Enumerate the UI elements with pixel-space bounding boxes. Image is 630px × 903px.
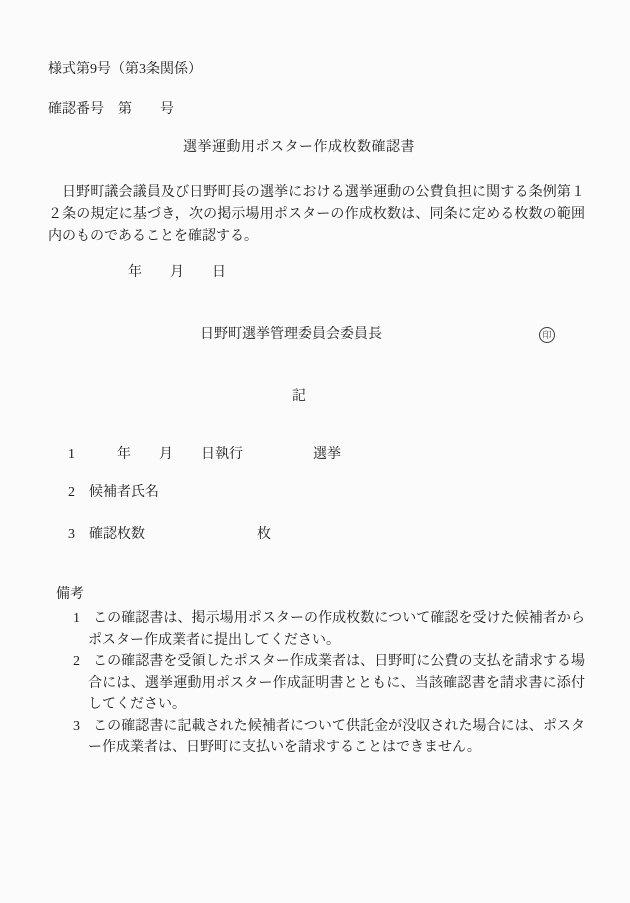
remarks-note: 2この確認書を受領したポスター作成業者は、日野町に公費の支払を請求する場合には、… — [48, 651, 585, 716]
date-line: 年 月 日 — [128, 263, 585, 283]
issuer-row: 日野町選挙管理委員会委員長 印 — [48, 325, 585, 345]
remarks-note: 3この確認書に記載された候補者について供託金が没収された場合には、ポスター作成業… — [48, 716, 585, 759]
remarks-note-text: この確認書は、掲示場用ポスターの作成枚数について確認を受けた候補者からポスター作… — [88, 611, 585, 648]
remarks-note-number: 3 — [73, 719, 80, 734]
remarks-note-text: この確認書に記載された候補者について供託金が没収された場合には、ポスター作成業者… — [88, 719, 585, 756]
remarks-list: 1この確認書は、掲示場用ポスターの作成枚数について確認を受けた候補者からポスター… — [48, 608, 585, 759]
form-number: 様式第9号（第3条関係） — [48, 60, 585, 80]
form-item-confirmed-count: 3 確認枚数 枚 — [68, 525, 585, 545]
remarks-note-text: この確認書を受領したポスター作成業者は、日野町に公費の支払を請求する場合には、選… — [88, 654, 585, 712]
issuer-title: 日野町選挙管理委員会委員長 — [200, 325, 382, 345]
remarks-note-number: 1 — [73, 611, 80, 626]
form-item-candidate-name: 2 候補者氏名 — [68, 483, 585, 503]
form-item-election-date: 1 年 月 日執行 選挙 — [68, 445, 585, 465]
document-page: 様式第9号（第3条関係） 確認番号 第 号 選挙運動用ポスター作成枚数確認書 日… — [0, 0, 630, 903]
document-title: 選挙運動用ポスター作成枚数確認書 — [48, 138, 550, 158]
record-marker: 記 — [48, 387, 550, 407]
remarks-note: 1この確認書は、掲示場用ポスターの作成枚数について確認を受けた候補者からポスター… — [48, 608, 585, 651]
body-paragraph: 日野町議会議員及び日野町長の選挙における選挙運動の公費負担に関する条例第１２条の… — [48, 182, 585, 248]
seal-mark-icon: 印 — [539, 327, 555, 343]
remarks-note-number: 2 — [73, 654, 80, 669]
remarks-heading: 備考 — [56, 585, 585, 605]
confirmation-number: 確認番号 第 号 — [48, 100, 585, 120]
